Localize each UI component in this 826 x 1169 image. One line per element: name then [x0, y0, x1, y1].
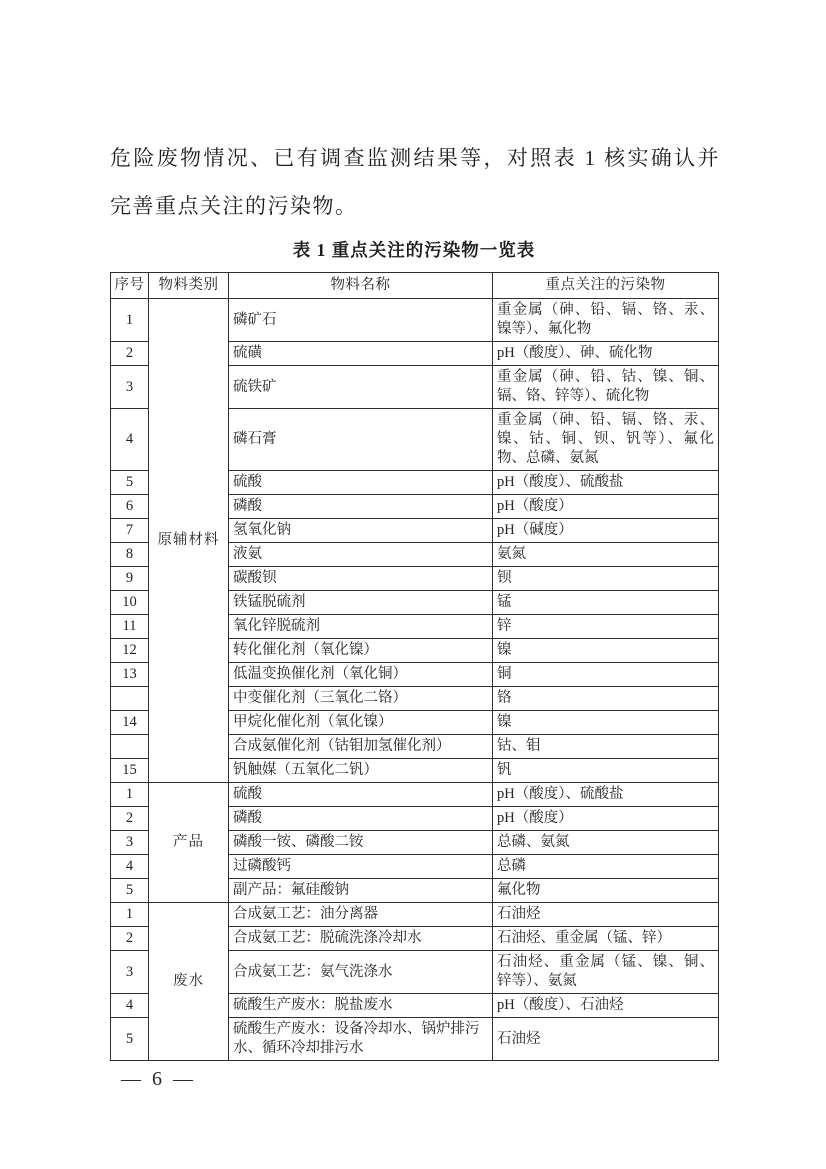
row-seq-number: 4	[111, 994, 149, 1018]
pollutants-cell: 铜	[493, 663, 719, 687]
pollutants-cell: 重金属（砷、铅、镉、铬、汞、镍等）、氟化物	[493, 299, 719, 342]
row-seq-number: 2	[111, 927, 149, 951]
row-seq-number: 7	[111, 519, 149, 543]
material-name-cell: 过磷酸钙	[229, 855, 493, 879]
row-seq-number: 5	[111, 879, 149, 903]
row-seq-number: 1	[111, 903, 149, 927]
pollutants-cell: 氟化物	[493, 879, 719, 903]
pollutants-cell: 石油烃、重金属（锰、镍、铜、锌等）、氨氮	[493, 951, 719, 994]
material-name-cell: 合成氨工艺：油分离器	[229, 903, 493, 927]
pollutants-cell: 钒	[493, 759, 719, 783]
pollutants-cell: pH（酸度）	[493, 807, 719, 831]
row-seq-number: 2	[111, 342, 149, 366]
header-row: 序号 物料类别 物料名称 重点关注的污染物	[111, 273, 719, 299]
pollutant-table-header: 序号 物料类别 物料名称 重点关注的污染物	[111, 273, 719, 299]
material-name-cell: 转化催化剂（氧化镍）	[229, 639, 493, 663]
material-name-cell: 低温变换催化剂（氧化铜）	[229, 663, 493, 687]
pollutants-cell: 重金属（砷、铅、镉、铬、汞、镍、钴、铜、钡、钒等）、氟化物、总磷、氨氮	[493, 409, 719, 471]
header-material-category: 物料类别	[149, 273, 229, 299]
material-name-cell: 氧化锌脱硫剂	[229, 615, 493, 639]
category-cell: 产品	[149, 783, 229, 903]
pollutants-cell: 重金属（砷、铅、钴、镍、铜、镉、铬、锌等）、硫化物	[493, 366, 719, 409]
pollutants-cell: 锌	[493, 615, 719, 639]
intro-paragraph: 危险废物情况、已有调查监测结果等，对照表 1 核实确认并完善重点关注的污染物。	[110, 134, 720, 230]
material-name-cell: 硫磺	[229, 342, 493, 366]
material-name-cell: 磷酸	[229, 495, 493, 519]
table-title: 表 1 重点关注的污染物一览表	[110, 237, 718, 262]
material-name-cell: 磷酸	[229, 807, 493, 831]
row-seq-number	[111, 735, 149, 759]
pollutants-cell: 石油烃	[493, 1018, 719, 1061]
material-name-cell: 硫铁矿	[229, 366, 493, 409]
material-name-cell: 磷石膏	[229, 409, 493, 471]
pollutants-cell: pH（酸度）、硫酸盐	[493, 783, 719, 807]
table-row: 1废水合成氨工艺：油分离器石油烃	[111, 903, 719, 927]
pollutants-cell: 总磷	[493, 855, 719, 879]
pollutants-cell: 锰	[493, 591, 719, 615]
pollutants-cell: pH（酸度）、砷、硫化物	[493, 342, 719, 366]
pollutants-cell: pH（酸度）、石油烃	[493, 994, 719, 1018]
table-row: 1原辅材料磷矿石重金属（砷、铅、镉、铬、汞、镍等）、氟化物	[111, 299, 719, 342]
material-name-cell: 硫酸	[229, 783, 493, 807]
row-seq-number: 1	[111, 299, 149, 342]
header-seq-number: 序号	[111, 273, 149, 299]
row-seq-number: 15	[111, 759, 149, 783]
page-number: — 6 —	[121, 1068, 196, 1091]
pollutants-cell: pH（酸度）	[493, 495, 719, 519]
category-cell: 废水	[149, 903, 229, 1061]
row-seq-number: 10	[111, 591, 149, 615]
row-seq-number: 12	[111, 639, 149, 663]
header-pollutants: 重点关注的污染物	[493, 273, 719, 299]
material-name-cell: 液氨	[229, 543, 493, 567]
row-seq-number: 9	[111, 567, 149, 591]
pollutants-cell: 氨氮	[493, 543, 719, 567]
pollutant-table-body: 1原辅材料磷矿石重金属（砷、铅、镉、铬、汞、镍等）、氟化物2硫磺pH（酸度）、砷…	[111, 299, 719, 1061]
material-name-cell: 氢氧化钠	[229, 519, 493, 543]
material-name-cell: 硫酸生产废水：设备冷却水、锅炉排污水、循环冷却排污水	[229, 1018, 493, 1061]
pollutants-cell: 镍	[493, 711, 719, 735]
category-cell: 原辅材料	[149, 299, 229, 783]
material-name-cell: 中变催化剂（三氧化二铬）	[229, 687, 493, 711]
document-page: 危险废物情况、已有调查监测结果等，对照表 1 核实确认并完善重点关注的污染物。 …	[0, 0, 826, 1169]
row-seq-number: 2	[111, 807, 149, 831]
material-name-cell: 甲烷化催化剂（氧化镍）	[229, 711, 493, 735]
material-name-cell: 铁锰脱硫剂	[229, 591, 493, 615]
table-row: 1产品硫酸pH（酸度）、硫酸盐	[111, 783, 719, 807]
material-name-cell: 碳酸钡	[229, 567, 493, 591]
row-seq-number: 11	[111, 615, 149, 639]
material-name-cell: 硫酸生产废水：脱盐废水	[229, 994, 493, 1018]
material-name-cell: 合成氨工艺：脱硫洗涤冷却水	[229, 927, 493, 951]
pollutant-table: 序号 物料类别 物料名称 重点关注的污染物 1原辅材料磷矿石重金属（砷、铅、镉、…	[110, 272, 719, 1061]
material-name-cell: 副产品：氟硅酸钠	[229, 879, 493, 903]
row-seq-number: 3	[111, 366, 149, 409]
material-name-cell: 合成氨工艺：氨气洗涤水	[229, 951, 493, 994]
row-seq-number: 14	[111, 711, 149, 735]
row-seq-number: 4	[111, 855, 149, 879]
pollutants-cell: 石油烃	[493, 903, 719, 927]
pollutants-cell: 镍	[493, 639, 719, 663]
pollutants-cell: pH（碱度）	[493, 519, 719, 543]
row-seq-number: 6	[111, 495, 149, 519]
material-name-cell: 磷酸一铵、磷酸二铵	[229, 831, 493, 855]
material-name-cell: 合成氨催化剂（钴钼加氢催化剂）	[229, 735, 493, 759]
row-seq-number: 4	[111, 409, 149, 471]
row-seq-number: 5	[111, 471, 149, 495]
row-seq-number: 13	[111, 663, 149, 687]
pollutants-cell: 钡	[493, 567, 719, 591]
pollutants-cell: 铬	[493, 687, 719, 711]
row-seq-number: 3	[111, 831, 149, 855]
row-seq-number: 5	[111, 1018, 149, 1061]
row-seq-number: 8	[111, 543, 149, 567]
material-name-cell: 硫酸	[229, 471, 493, 495]
material-name-cell: 钒触媒（五氧化二钒）	[229, 759, 493, 783]
row-seq-number: 3	[111, 951, 149, 994]
header-material-name: 物料名称	[229, 273, 493, 299]
pollutants-cell: pH（酸度）、硫酸盐	[493, 471, 719, 495]
pollutants-cell: 总磷、氨氮	[493, 831, 719, 855]
row-seq-number	[111, 687, 149, 711]
pollutants-cell: 石油烃、重金属（锰、锌）	[493, 927, 719, 951]
material-name-cell: 磷矿石	[229, 299, 493, 342]
pollutants-cell: 钴、钼	[493, 735, 719, 759]
row-seq-number: 1	[111, 783, 149, 807]
